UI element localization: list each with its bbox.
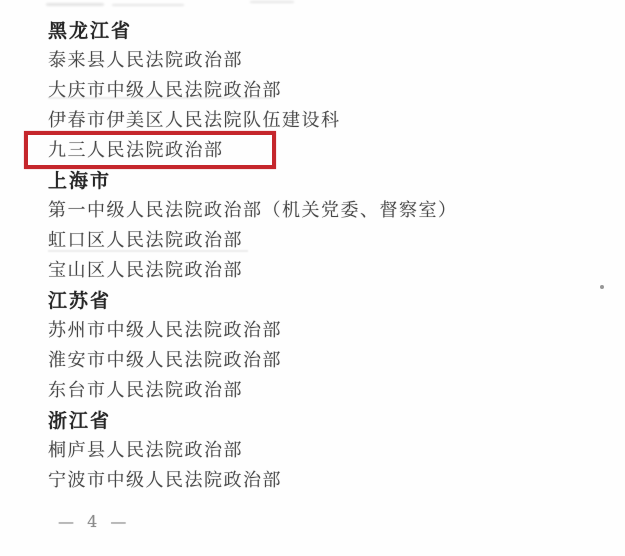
- court-entry: 桐庐县人民法院政治部: [48, 436, 458, 466]
- province-header: 黑龙江省: [48, 16, 458, 46]
- province-header: 上海市: [48, 166, 458, 196]
- page-number: — 4 —: [58, 512, 130, 531]
- scan-artifact-smudge: [46, 3, 104, 6]
- court-entry: 宁波市中级人民法院政治部: [48, 466, 458, 496]
- court-entry: 淮安市中级人民法院政治部: [48, 346, 458, 376]
- scan-artifact-smudge: [112, 4, 184, 6]
- document-list: 黑龙江省泰来县人民法院政治部大庆市中级人民法院政治部伊春市伊美区人民法院队伍建设…: [48, 16, 458, 496]
- scan-artifact-dot: [600, 285, 604, 289]
- province-header: 江苏省: [48, 286, 458, 316]
- highlight-box: [24, 131, 276, 169]
- court-entry: 东台市人民法院政治部: [48, 376, 458, 406]
- court-entry: 苏州市中级人民法院政治部: [48, 316, 458, 346]
- court-entry: 大庆市中级人民法院政治部: [48, 76, 458, 106]
- court-entry: 宝山区人民法院政治部: [48, 256, 458, 286]
- scanned-document-page: 黑龙江省泰来县人民法院政治部大庆市中级人民法院政治部伊春市伊美区人民法院队伍建设…: [0, 0, 625, 556]
- scan-artifact-smudge: [250, 1, 294, 3]
- court-entry: 虹口区人民法院政治部: [48, 226, 458, 256]
- court-entry: 泰来县人民法院政治部: [48, 46, 458, 76]
- province-header: 浙江省: [48, 406, 458, 436]
- court-entry: 第一中级人民法院政治部（机关党委、督察室）: [48, 196, 458, 226]
